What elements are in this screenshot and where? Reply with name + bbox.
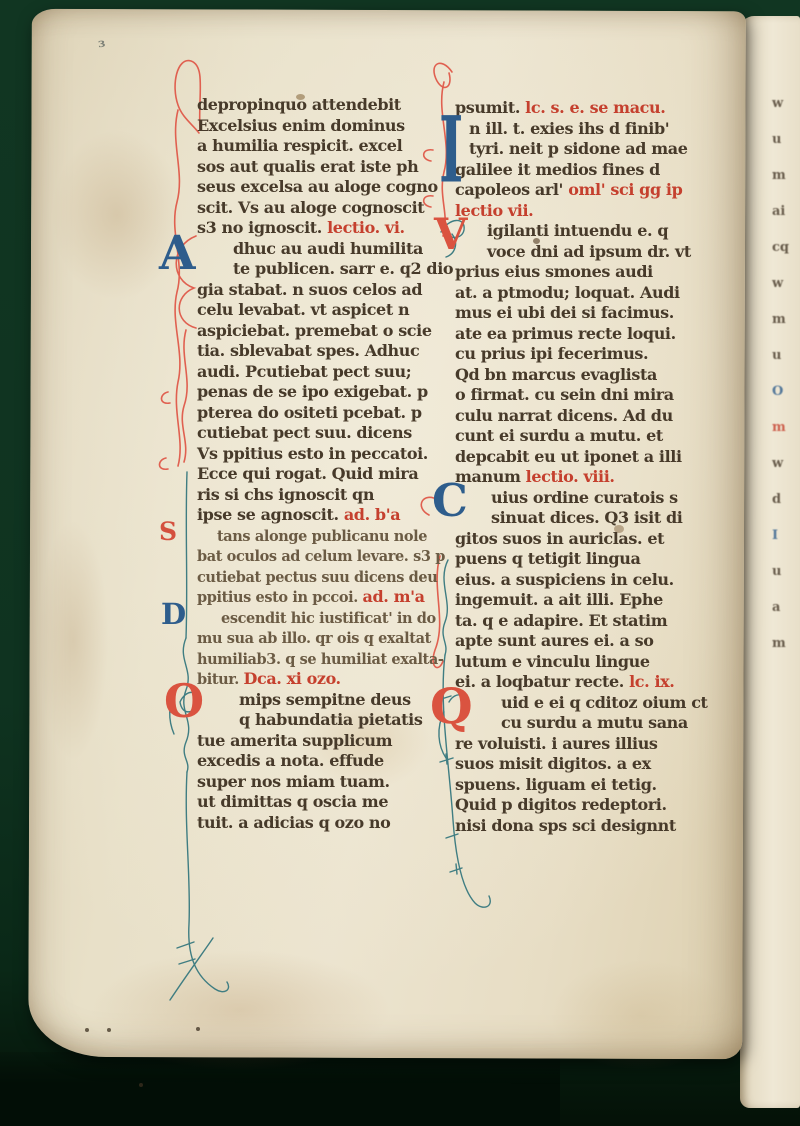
text-line: spuens. liguam ei tetig. [455,775,711,796]
text-line: humiliab3. q se humiliat exalta- [197,649,445,670]
body-text: Ecce qui rogat. Quid mira [197,464,418,483]
body-text: u [772,348,781,363]
body-text: O [772,384,783,399]
body-text: depropinquo attendebit [197,95,401,114]
text-line: igilanti intuendu e. q [455,221,711,242]
body-text: suos misit digitos. a ex [455,754,651,773]
text-line: depropinquo attendebit [197,95,445,116]
text-line: penas de se ipo exigebat. p [197,382,445,403]
body-text: ppitius esto in pccoi. [197,589,363,606]
body-text: w [772,276,783,291]
body-text: Excelsius enim dominus [197,116,405,135]
body-text: eius. a suspiciens in celu. [455,570,674,589]
text-line: apte sunt aures ei. a so [455,631,711,652]
body-text: tia. sblevabat spes. Adhuc [197,341,419,360]
text-line: u [772,554,798,590]
body-text: puens q tetigit lingua [455,549,640,568]
text-line: audi. Pcutiebat pect suu; [197,362,445,383]
body-text: uius ordine curatois s [491,488,678,507]
body-text: apte sunt aures ei. a so [455,631,654,650]
body-text: ta. q e adapire. Et statim [455,611,667,630]
text-line: re voluisti. i aures illius [455,734,711,755]
body-text: tuit. a adicias q ozo no [197,813,390,832]
initial-c: C [432,478,468,523]
body-text: ut dimittas q oscia me [197,792,388,811]
text-column-right: psumit. lc. s. e. se macu.n ill. t. exie… [455,98,711,836]
body-text: audi. Pcutiebat pect suu; [197,362,411,381]
text-line: seus excelsa au aloge cogno [197,177,445,198]
rubric-text: lc. ix. [629,672,674,691]
body-text: tans alonge publicanu nole [217,528,427,545]
adjacent-page-text: wumaicqwmuOmwdIuam [772,86,798,662]
body-text: ai [772,204,785,219]
body-text: prius eius smones audi [455,262,653,281]
body-text: u [772,132,781,147]
body-text: Qd bn marcus evaglista [455,365,657,384]
text-line: m [772,302,798,338]
text-line: te publicen. sarr e. q2 dio [197,259,445,280]
text-line: tyri. neit p sidone ad mae [455,139,711,160]
prick-hole [107,1028,111,1032]
rubric-text: oml' sci gg ip [568,180,682,199]
body-text: cunt ei surdu a mutu. et [455,426,663,445]
text-line: gitos suos in auriclas. et [455,529,711,550]
text-line: escendit hic iustificat' in do [197,608,445,629]
body-text: gitos suos in auriclas. et [455,529,664,548]
body-text: mus ei ubi dei si facimus. [455,303,674,322]
body-text: cq [772,240,789,255]
body-text: tyri. neit p sidone ad mae [469,139,687,158]
text-line: u [772,338,798,374]
body-text: d [772,492,781,507]
text-line: a [772,590,798,626]
text-line: dhuc au audi humilita [197,239,445,260]
text-line: cu surdu a mutu sana [455,713,711,734]
text-line: w [772,446,798,482]
text-line: cunt ei surdu a mutu. et [455,426,711,447]
body-text: mips sempitne deus [239,690,411,709]
rubric-text: lectio. vi. [327,218,405,237]
body-text: humiliab3. q se humiliat exalta- [197,651,443,668]
body-text: cu surdu a mutu sana [501,713,688,732]
text-line: w [772,86,798,122]
text-line: m [772,410,798,446]
text-line: o firmat. cu sein dni mira [455,385,711,406]
text-line: tans alonge publicanu nole [197,526,445,547]
text-line: mips sempitne deus [197,690,445,711]
body-text: cu prius ipi fecerimus. [455,344,648,363]
body-text: Quid p digitos redeptori. [455,795,667,814]
body-text: spuens. liguam ei tetig. [455,775,657,794]
initial-i: I [439,106,463,197]
prick-hole [85,1028,89,1032]
manuscript-photo: wumaicqwmuOmwdIuam ɜ [0,0,800,1126]
text-line: I [772,518,798,554]
body-text: bat oculos ad celum levare. s3 p [197,548,445,565]
body-text: sinuat dices. Q3 isit di [491,508,682,527]
text-line: psumit. lc. s. e. se macu. [455,98,711,119]
body-text: seus excelsa au aloge cogno [197,177,438,196]
rubric-text: lc. s. e. se macu. [525,98,665,117]
body-text: w [772,456,783,471]
text-line: puens q tetigit lingua [455,549,711,570]
text-line: ris si chs ignoscit qn [197,485,445,506]
text-line: uid e ei q cditoz oium ct [455,693,711,714]
text-line: ate ea primus recte loqui. [455,324,711,345]
initial-a: A [159,230,195,277]
rubric-text: ad. b'a [344,505,400,524]
body-text: scit. Vs au aloge cognoscit [197,198,424,217]
text-line: mu sua ab illo. qr ois q exaltat [197,628,445,649]
rubric-text: lectio. viii. [526,467,615,486]
body-text: ingemuit. a ait illi. Ephe [455,590,663,609]
body-text: tue amerita supplicum [197,731,392,750]
text-line: bitur. Dca. xi ozo. [197,669,445,690]
text-line: super nos miam tuam. [197,772,445,793]
body-text: mu sua ab illo. qr ois q exaltat [197,630,431,647]
text-line: a humilia respicit. excel [197,136,445,157]
text-line: d [772,482,798,518]
body-text: a [772,600,780,615]
body-text: m [772,312,786,327]
body-text: m [772,168,786,183]
body-text: capoleos arl' [455,180,568,199]
body-text: escendit hic iustificat' in do [221,610,436,627]
text-line: nisi dona sps sci designnt [455,816,711,837]
text-line: Excelsius enim dominus [197,116,445,137]
body-text: sos aut qualis erat iste ph [197,157,418,176]
body-text: celu levabat. vt aspicet n [197,300,409,319]
initial-d: D [161,600,186,629]
body-text: ipse se agnoscit. [197,505,344,524]
body-text: ate ea primus recte loqui. [455,324,676,343]
text-line: tuit. a adicias q ozo no [197,813,445,834]
text-line: galilee it medios fines d [455,160,711,181]
body-text: cutiebat pectus suu dicens deu [197,569,437,586]
text-line: Qd bn marcus evaglista [455,365,711,386]
body-text: lutum e vinculu lingue [455,652,650,671]
text-line: sinuat dices. Q3 isit di [455,508,711,529]
text-line: cutiebat pectus suu dicens deu [197,567,445,588]
body-text: dhuc au audi humilita [233,239,423,258]
text-line: capoleos arl' oml' sci gg ip [455,180,711,201]
initial-v: V [434,214,467,257]
text-column-left: depropinquo attendebitExcelsius enim dom… [197,95,445,833]
text-line: pterea do ositeti pcebat. p [197,403,445,424]
body-text: depcabit eu ut iponet a illi [455,447,682,466]
quire-mark: ɜ [97,36,106,51]
text-line: cutiebat pect suu. dicens [197,423,445,444]
prick-hole [139,1083,143,1087]
body-text: pterea do ositeti pcebat. p [197,403,422,422]
body-text: q habundatia pietatis [239,710,422,729]
body-text: excedis a nota. effude [197,751,384,770]
text-line: bat oculos ad celum levare. s3 p [197,546,445,567]
body-text: gia stabat. n suos celos ad [197,280,422,299]
text-line: ta. q e adapire. Et statim [455,611,711,632]
text-line: aspiciebat. premebat o scie [197,321,445,342]
text-line: tia. sblevabat spes. Adhuc [197,341,445,362]
text-line: suos misit digitos. a ex [455,754,711,775]
body-text: igilanti intuendu e. q [487,221,668,240]
initial-o: O [164,678,204,724]
body-text: I [772,528,778,543]
text-line: depcabit eu ut iponet a illi [455,447,711,468]
rubric-text: ad. m'a [363,587,425,606]
rubric-text: Dca. xi ozo. [244,669,341,688]
text-line: tue amerita supplicum [197,731,445,752]
text-line: m [772,158,798,194]
body-text: n ill. t. exies ihs d finib' [469,119,669,138]
body-text: u [772,564,781,579]
prick-hole [196,1027,200,1031]
body-text: w [772,96,783,111]
text-line: ppitius esto in pccoi. ad. m'a [197,587,445,608]
body-text: ei. a loqbatur recte. [455,672,629,691]
body-text: voce dni ad ipsum dr. vt [487,242,691,261]
text-line: excedis a nota. effude [197,751,445,772]
body-text: at. a ptmodu; loquat. Audi [455,283,680,302]
text-line: ingemuit. a ait illi. Ephe [455,590,711,611]
text-line: Vs ppitius esto in peccatoi. [197,444,445,465]
text-line: w [772,266,798,302]
body-text: s3 no ignoscit. [197,218,327,237]
body-text: Vs ppitius esto in peccatoi. [197,444,428,463]
table-shadow [0,1052,560,1126]
body-text: penas de se ipo exigebat. p [197,382,428,401]
body-text: cutiebat pect suu. dicens [197,423,412,442]
text-line: celu levabat. vt aspicet n [197,300,445,321]
text-line: voce dni ad ipsum dr. vt [455,242,711,263]
initial-q: Q [430,682,473,731]
text-line: cu prius ipi fecerimus. [455,344,711,365]
body-text: culu narrat dicens. Ad du [455,406,673,425]
body-text: super nos miam tuam. [197,772,390,791]
text-line: n ill. t. exies ihs d finib' [455,119,711,140]
text-line: ut dimittas q oscia me [197,792,445,813]
text-line: lectio vii. [455,201,711,222]
text-line: Quid p digitos redeptori. [455,795,711,816]
text-line: prius eius smones audi [455,262,711,283]
text-line: mus ei ubi dei si facimus. [455,303,711,324]
text-line: lutum e vinculu lingue [455,652,711,673]
text-line: O [772,374,798,410]
body-text: te publicen. sarr e. q2 dio [233,259,453,278]
text-line: culu narrat dicens. Ad du [455,406,711,427]
text-line: Ecce qui rogat. Quid mira [197,464,445,485]
body-text: a humilia respicit. excel [197,136,402,155]
text-line: ai [772,194,798,230]
rubric-text: m [772,420,786,435]
text-line: sos aut qualis erat iste ph [197,157,445,178]
text-line: q habundatia pietatis [197,710,445,731]
body-text: re voluisti. i aures illius [455,734,658,753]
body-text: nisi dona sps sci designnt [455,816,676,835]
text-line: s3 no ignoscit. lectio. vi. [197,218,445,239]
body-text: psumit. [455,98,525,117]
text-line: at. a ptmodu; loquat. Audi [455,283,711,304]
text-line: ipse se agnoscit. ad. b'a [197,505,445,526]
text-line: scit. Vs au aloge cognoscit [197,198,445,219]
text-line: m [772,626,798,662]
text-line: ei. a loqbatur recte. lc. ix. [455,672,711,693]
body-text: m [772,636,786,651]
text-line: cq [772,230,798,266]
book-foredge: wumaicqwmuOmwdIuam [740,16,800,1108]
text-line: eius. a suspiciens in celu. [455,570,711,591]
text-line: u [772,122,798,158]
body-text: galilee it medios fines d [455,160,660,179]
initial-s: S [159,519,177,544]
body-text: o firmat. cu sein dni mira [455,385,674,404]
body-text: ris si chs ignoscit qn [197,485,374,504]
text-line: manum lectio. viii. [455,467,711,488]
body-text: uid e ei q cditoz oium ct [501,693,708,712]
body-text: aspiciebat. premebat o scie [197,321,432,340]
text-line: uius ordine curatois s [455,488,711,509]
text-line: gia stabat. n suos celos ad [197,280,445,301]
